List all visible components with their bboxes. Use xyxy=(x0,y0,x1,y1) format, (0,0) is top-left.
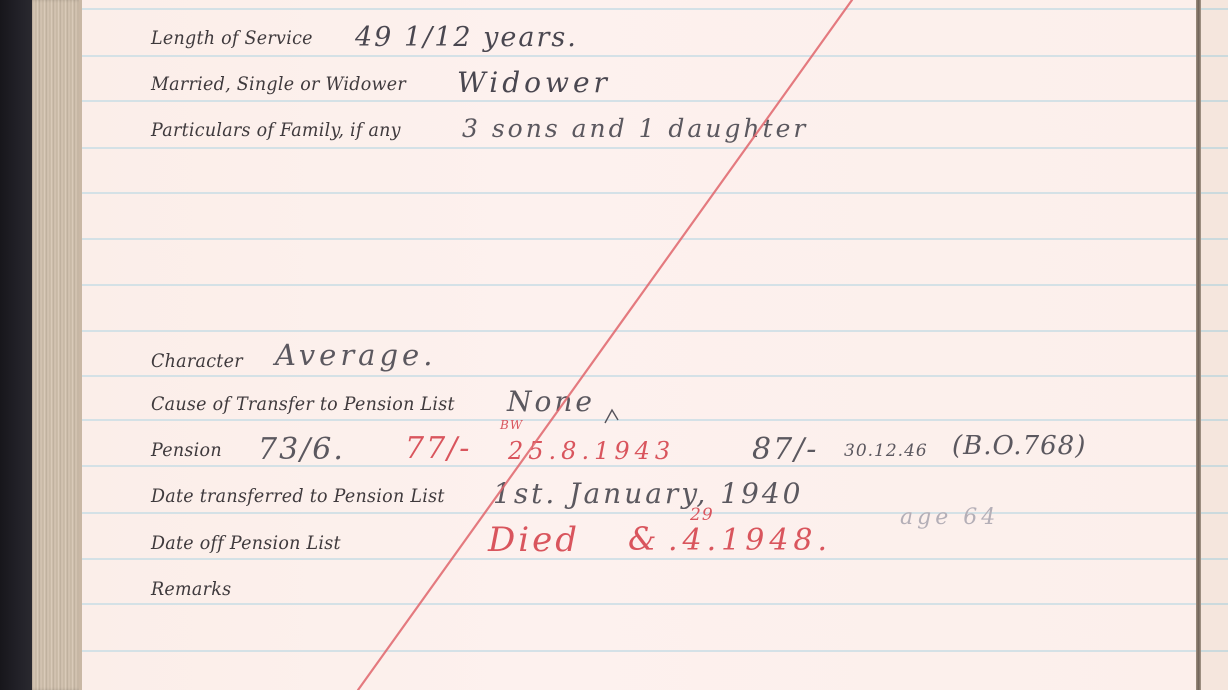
rule-line xyxy=(82,330,1196,332)
rule-line xyxy=(82,558,1196,560)
facing-page-edge xyxy=(1201,0,1228,690)
rule-line xyxy=(82,603,1196,605)
rule-line xyxy=(82,512,1196,514)
page-edges xyxy=(32,0,82,690)
rule-line xyxy=(82,238,1196,240)
length-of-service-value: 49 1/12 years. xyxy=(355,22,578,53)
pension-initials: BW xyxy=(500,418,523,432)
character-label: Character xyxy=(151,350,243,372)
pension-amount-1: 73/6. xyxy=(258,432,345,467)
rule-line xyxy=(82,192,1196,194)
age-annotation: age 64 xyxy=(900,505,999,530)
pension-board-order: (B.O.768) xyxy=(952,431,1086,461)
rule-line xyxy=(82,650,1196,652)
pension-amount-3: 87/- xyxy=(752,432,818,467)
remarks-label: Remarks xyxy=(151,578,231,600)
date-transferred-value: 1st. January, 1940 xyxy=(493,477,803,510)
marital-status-label: Married, Single or Widower xyxy=(151,73,406,95)
rule-line xyxy=(82,465,1196,467)
rule-line xyxy=(82,375,1196,377)
date-off-label: Date off Pension List xyxy=(151,532,341,554)
rule-line xyxy=(82,419,1196,421)
rule-line xyxy=(82,147,1196,149)
rule-line xyxy=(82,55,1196,57)
rule-line xyxy=(82,284,1196,286)
family-value: 3 sons and 1 daughter xyxy=(462,114,808,143)
pension-label: Pension xyxy=(151,439,222,461)
pension-date-3: 30.12.46 xyxy=(844,441,928,461)
ledger-page xyxy=(82,0,1196,690)
date-off-date: .4.1948. xyxy=(668,523,832,558)
cause-of-transfer-label: Cause of Transfer to Pension List xyxy=(151,393,455,415)
rule-line xyxy=(82,8,1196,10)
date-off-day-correction: 29 xyxy=(690,505,714,525)
date-off-ampersand: & xyxy=(628,520,658,558)
pension-amount-2: 77/- xyxy=(405,431,471,466)
marital-status-value: Widower xyxy=(457,66,611,99)
cause-of-transfer-value: None xyxy=(507,385,595,418)
date-off-died: Died xyxy=(488,520,580,560)
rule-line xyxy=(82,100,1196,102)
date-transferred-label: Date transferred to Pension List xyxy=(151,485,445,507)
book-binding xyxy=(0,0,34,690)
pension-date-2: 25.8.1943 xyxy=(508,437,675,465)
length-of-service-label: Length of Service xyxy=(151,27,313,49)
character-value: Average. xyxy=(275,338,436,372)
family-label: Particulars of Family, if any xyxy=(151,119,401,141)
